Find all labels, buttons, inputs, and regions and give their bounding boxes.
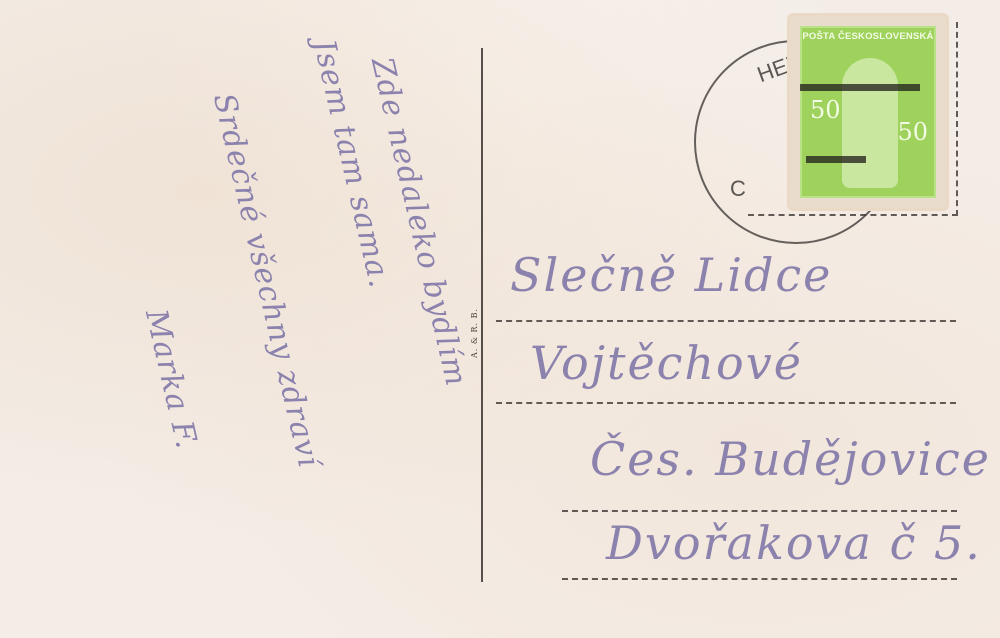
- stamp-issuer: POŠTA ČESKOSLOVENSKÁ: [802, 31, 934, 42]
- address-rule: [562, 578, 957, 580]
- cancel-bar: [806, 156, 866, 163]
- address-line-2: Vojtěchové: [530, 336, 803, 390]
- stamp-value-left: 50: [810, 96, 841, 124]
- address-rule: [562, 510, 957, 512]
- cancel-bar: [800, 84, 920, 91]
- address-rule: [496, 320, 956, 322]
- address-line-4: Dvořakova č 5.: [606, 516, 982, 570]
- address-rule: [496, 402, 956, 404]
- postage-stamp: POŠTA ČESKOSLOVENSKÁ 50 50: [790, 16, 946, 208]
- message-signature: Marka F.: [138, 306, 204, 452]
- stamp-figure-icon: [842, 58, 898, 188]
- address-line-3: Čes. Budějovice: [590, 432, 991, 486]
- postcard: Zde nedaleko bydlím Jsem tam sama. Srdeč…: [0, 0, 1000, 638]
- center-divider: [481, 48, 483, 582]
- stamp-value-right: 50: [897, 118, 928, 146]
- printer-mark: A. & R. B.: [470, 308, 479, 358]
- address-line-1: Slečně Lidce: [510, 248, 832, 302]
- postmark-letter: C: [730, 176, 746, 202]
- message-line-3: Srdečné všechny zdraví: [206, 90, 326, 471]
